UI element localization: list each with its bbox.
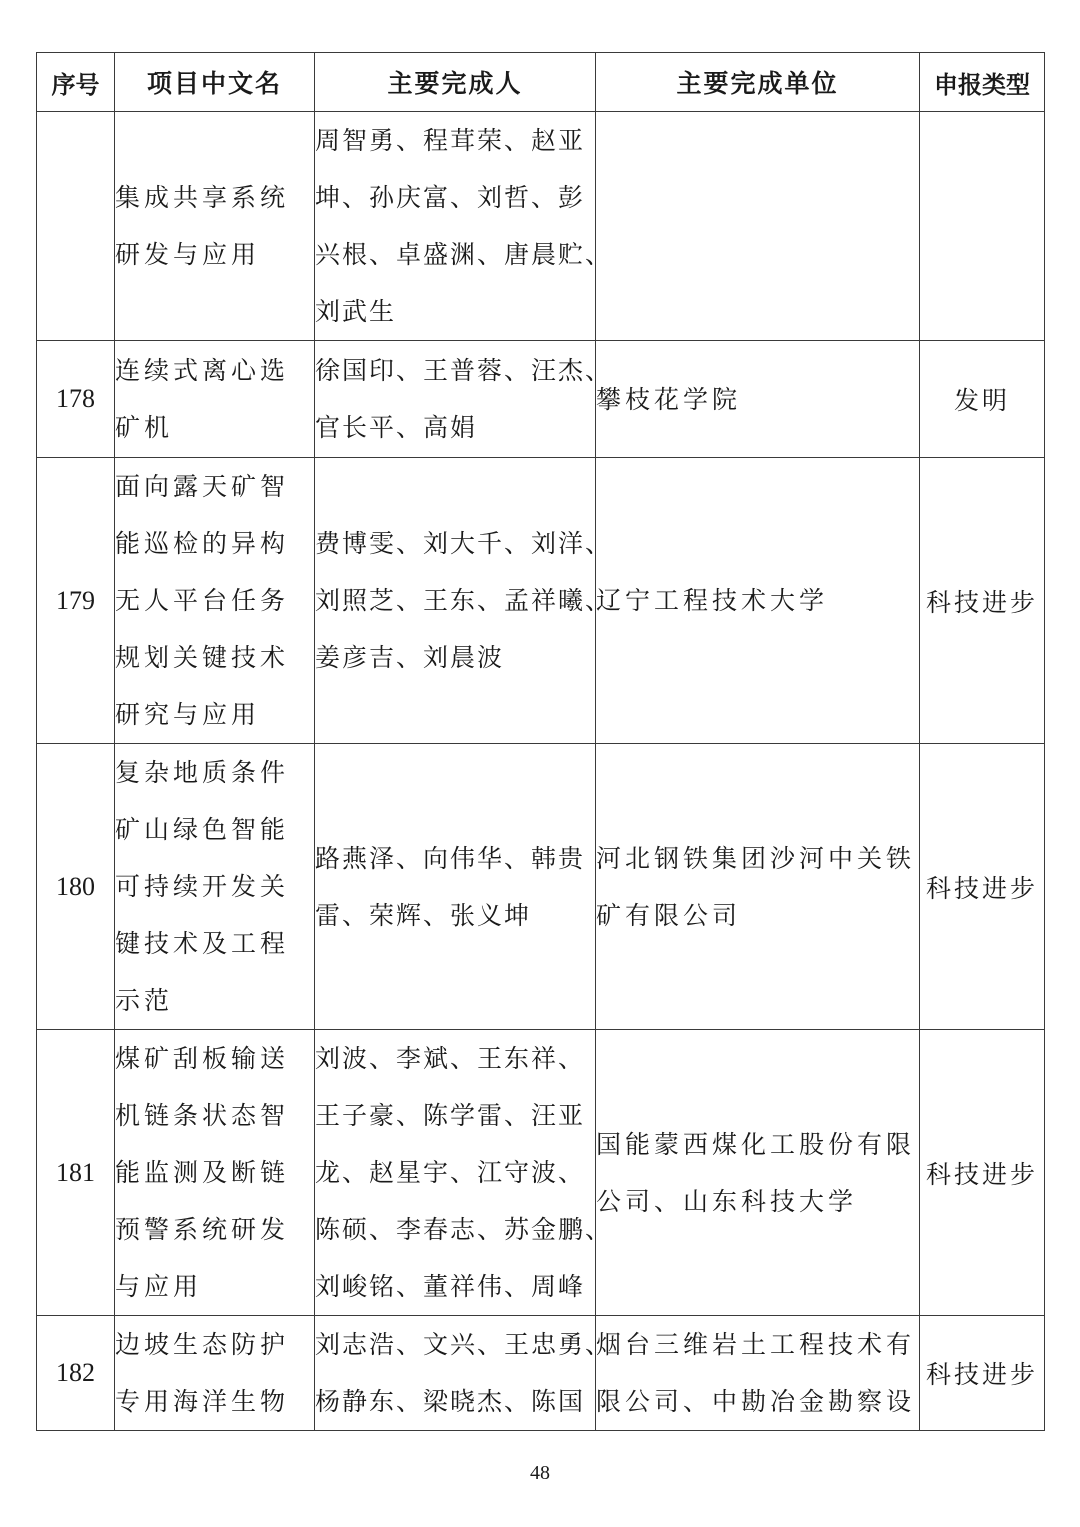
project-name-line: 能巡检的异构	[115, 515, 314, 572]
project-name-line: 边坡生态防护	[115, 1316, 314, 1373]
project-name-line: 研发与应用	[115, 226, 314, 283]
serial-no-cell: 182	[37, 1316, 115, 1431]
contributors-line: 王子豪、陈学雷、汪亚	[315, 1087, 595, 1144]
project-name-line: 与应用	[115, 1258, 314, 1315]
contributors-cell: 刘志浩、文兴、王忠勇、 杨静东、梁晓杰、陈国	[315, 1316, 596, 1431]
units-cell: 辽宁工程技术大学	[596, 458, 920, 744]
serial-no-cell: 181	[37, 1030, 115, 1316]
project-name-line: 专用海洋生物	[115, 1373, 314, 1430]
project-name-cell: 煤矿刮板输送 机链条状态智 能监测及断链 预警系统研发 与应用	[115, 1030, 315, 1316]
contributors-line: 刘志浩、文兴、王忠勇、	[315, 1316, 595, 1373]
project-name-line: 机链条状态智	[115, 1087, 314, 1144]
contributors-cell: 周智勇、程茸荣、赵亚 坤、孙庆富、刘哲、彭 兴根、卓盛渊、唐晨贮、 刘武生	[315, 112, 596, 341]
contributors-line: 刘照芝、王东、孟祥曦、	[315, 572, 595, 629]
contributors-line: 陈硕、李春志、苏金鹏、	[315, 1201, 595, 1258]
award-type-cell: 科技进步	[920, 1316, 1045, 1431]
units-line: 限公司、中勘冶金勘察设	[596, 1373, 919, 1430]
contributors-cell: 刘波、李斌、王东祥、 王子豪、陈学雷、汪亚 龙、赵星宇、江守波、 陈硕、李春志、…	[315, 1030, 596, 1316]
project-name-line: 复杂地质条件	[115, 744, 314, 801]
project-name-line: 规划关键技术	[115, 629, 314, 686]
award-type-cell: 发明	[920, 341, 1045, 458]
units-cell: 烟台三维岩土工程技术有 限公司、中勘冶金勘察设	[596, 1316, 920, 1431]
table-row: 180 复杂地质条件 矿山绿色智能 可持续开发关 键技术及工程 示范 路燕泽、向…	[37, 744, 1045, 1030]
table-row: 集成共享系统 研发与应用 周智勇、程茸荣、赵亚 坤、孙庆富、刘哲、彭 兴根、卓盛…	[37, 112, 1045, 341]
units-line: 河北钢铁集团沙河中关铁	[596, 830, 919, 887]
header-main-units: 主要完成单位	[596, 53, 920, 112]
contributors-line: 刘波、李斌、王东祥、	[315, 1030, 595, 1087]
project-name-cell: 面向露天矿智 能巡检的异构 无人平台任务 规划关键技术 研究与应用	[115, 458, 315, 744]
units-line: 攀枝花学院	[596, 371, 919, 428]
contributors-line: 龙、赵星宇、江守波、	[315, 1144, 595, 1201]
contributors-line: 雷、荣辉、张义坤	[315, 887, 595, 944]
header-award-type: 申报类型	[920, 53, 1045, 112]
project-name-line: 示范	[115, 972, 314, 1029]
project-name-line: 矿机	[115, 399, 314, 456]
project-name-line: 煤矿刮板输送	[115, 1030, 314, 1087]
project-name-line: 连续式离心选	[115, 342, 314, 399]
header-main-contributors: 主要完成人	[315, 53, 596, 112]
project-name-line: 预警系统研发	[115, 1201, 314, 1258]
units-line: 公司、山东科技大学	[596, 1173, 919, 1230]
serial-no-cell: 179	[37, 458, 115, 744]
serial-no-cell: 180	[37, 744, 115, 1030]
project-table: 序号 项目中文名 主要完成人 主要完成单位 申报类型 集成共享系统 研发与应用 …	[36, 52, 1045, 1431]
units-cell: 国能蒙西煤化工股份有限 公司、山东科技大学	[596, 1030, 920, 1316]
project-name-line: 键技术及工程	[115, 915, 314, 972]
project-name-cell: 集成共享系统 研发与应用	[115, 112, 315, 341]
units-line: 辽宁工程技术大学	[596, 572, 919, 629]
project-name-line: 矿山绿色智能	[115, 801, 314, 858]
table-row: 179 面向露天矿智 能巡检的异构 无人平台任务 规划关键技术 研究与应用 费博…	[37, 458, 1045, 744]
award-type-cell	[920, 112, 1045, 341]
table-row: 182 边坡生态防护 专用海洋生物 刘志浩、文兴、王忠勇、 杨静东、梁晓杰、陈国…	[37, 1316, 1045, 1431]
contributors-cell: 费博雯、刘大千、刘洋、 刘照芝、王东、孟祥曦、 姜彦吉、刘晨波	[315, 458, 596, 744]
contributors-line: 刘武生	[315, 283, 595, 340]
units-line: 国能蒙西煤化工股份有限	[596, 1116, 919, 1173]
award-type-cell: 科技进步	[920, 458, 1045, 744]
contributors-line: 官长平、高娟	[315, 399, 595, 456]
page-number: 48	[0, 1462, 1080, 1485]
project-name-line: 集成共享系统	[115, 169, 314, 226]
table-row: 181 煤矿刮板输送 机链条状态智 能监测及断链 预警系统研发 与应用 刘波、李…	[37, 1030, 1045, 1316]
contributors-line: 周智勇、程茸荣、赵亚	[315, 112, 595, 169]
project-name-line: 无人平台任务	[115, 572, 314, 629]
project-name-cell: 边坡生态防护 专用海洋生物	[115, 1316, 315, 1431]
contributors-line: 姜彦吉、刘晨波	[315, 629, 595, 686]
serial-no-cell	[37, 112, 115, 341]
table-header-row: 序号 项目中文名 主要完成人 主要完成单位 申报类型	[37, 53, 1045, 112]
units-cell	[596, 112, 920, 341]
project-name-line: 能监测及断链	[115, 1144, 314, 1201]
award-type-cell: 科技进步	[920, 1030, 1045, 1316]
contributors-line: 路燕泽、向伟华、韩贵	[315, 830, 595, 887]
award-type-cell: 科技进步	[920, 744, 1045, 1030]
units-line: 矿有限公司	[596, 887, 919, 944]
project-name-line: 面向露天矿智	[115, 458, 314, 515]
contributors-line: 杨静东、梁晓杰、陈国	[315, 1373, 595, 1430]
units-line: 烟台三维岩土工程技术有	[596, 1316, 919, 1373]
contributors-line: 费博雯、刘大千、刘洋、	[315, 515, 595, 572]
contributors-line: 徐国印、王普蓉、汪杰、	[315, 342, 595, 399]
project-name-line: 可持续开发关	[115, 858, 314, 915]
contributors-line: 刘峻铭、董祥伟、周峰	[315, 1258, 595, 1315]
project-name-cell: 复杂地质条件 矿山绿色智能 可持续开发关 键技术及工程 示范	[115, 744, 315, 1030]
contributors-line: 兴根、卓盛渊、唐晨贮、	[315, 226, 595, 283]
serial-no-cell: 178	[37, 341, 115, 458]
project-name-line: 研究与应用	[115, 686, 314, 743]
header-serial-no: 序号	[37, 53, 115, 112]
header-project-name: 项目中文名	[115, 53, 315, 112]
contributors-cell: 徐国印、王普蓉、汪杰、 官长平、高娟	[315, 341, 596, 458]
contributors-line: 坤、孙庆富、刘哲、彭	[315, 169, 595, 226]
contributors-cell: 路燕泽、向伟华、韩贵 雷、荣辉、张义坤	[315, 744, 596, 1030]
table-row: 178 连续式离心选 矿机 徐国印、王普蓉、汪杰、 官长平、高娟 攀枝花学院 发…	[37, 341, 1045, 458]
project-name-cell: 连续式离心选 矿机	[115, 341, 315, 458]
units-cell: 河北钢铁集团沙河中关铁 矿有限公司	[596, 744, 920, 1030]
units-cell: 攀枝花学院	[596, 341, 920, 458]
